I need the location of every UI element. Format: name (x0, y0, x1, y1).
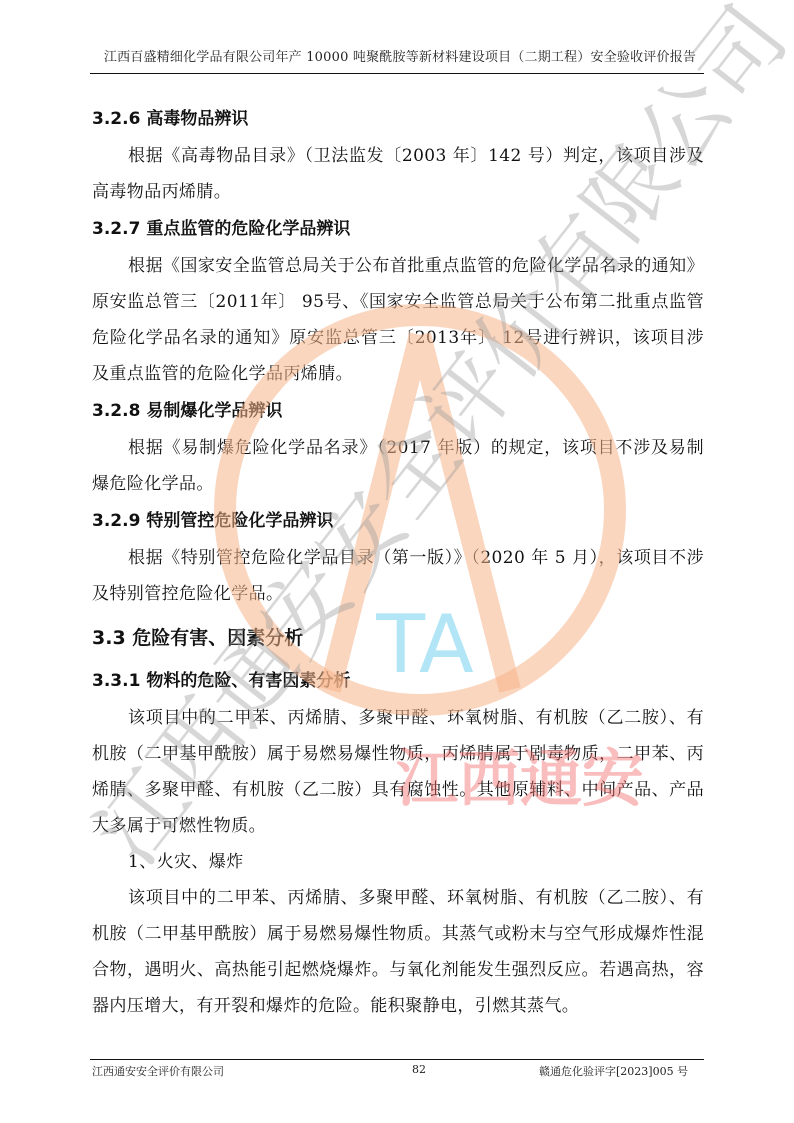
page-content: 3.2.6 高毒物品辨识 根据《高毒物品目录》（卫法监发〔2003 年〕142 … (92, 100, 704, 1024)
footer-page-number: 82 (412, 1063, 426, 1076)
footer-doc-number: 赣通危化验评字[2023]005 号 (539, 1063, 688, 1079)
paragraph: 根据《国家安全监管总局关于公布首批重点监管的危险化学品名录的通知》原安监总管三〔… (92, 248, 704, 392)
chapter-heading-3-3: 3.3 危险有害、因素分析 (92, 612, 704, 662)
paragraph: 根据《特别管控危险化学品目录（第一版）》（2020 年 5 月），该项目不涉及特… (92, 540, 704, 612)
document-page: 江西百盛精细化学品有限公司年产 10000 吨聚酰胺等新材料建设项目（二期工程）… (0, 0, 794, 1123)
page-header-title: 江西百盛精细化学品有限公司年产 10000 吨聚酰胺等新材料建设项目（二期工程）… (80, 46, 720, 65)
section-heading-3-2-8: 3.2.8 易制爆化学品辨识 (92, 392, 704, 430)
paragraph: 该项目中的二甲苯、丙烯腈、多聚甲醛、环氧树脂、有机胺（乙二胺）、有机胺（二甲基甲… (92, 700, 704, 844)
paragraph: 根据《高毒物品目录》（卫法监发〔2003 年〕142 号）判定，该项目涉及高毒物… (92, 138, 704, 210)
header-divider (90, 73, 704, 74)
section-heading-3-3-1: 3.3.1 物料的危险、有害因素分析 (92, 662, 704, 700)
list-heading-fire-explosion: 1、火灾、爆炸 (92, 844, 704, 880)
section-heading-3-2-6: 3.2.6 高毒物品辨识 (92, 100, 704, 138)
footer-company: 江西通安安全评价有限公司 (92, 1063, 224, 1079)
footer-divider (90, 1059, 704, 1060)
section-heading-3-2-7: 3.2.7 重点监管的危险化学品辨识 (92, 210, 704, 248)
paragraph: 该项目中的二甲苯、丙烯腈、多聚甲醛、环氧树脂、有机胺（乙二胺）、有机胺（二甲基甲… (92, 880, 704, 1024)
paragraph: 根据《易制爆危险化学品名录》（2017 年版）的规定，该项目不涉及易制爆危险化学… (92, 430, 704, 502)
section-heading-3-2-9: 3.2.9 特别管控危险化学品辨识 (92, 502, 704, 540)
